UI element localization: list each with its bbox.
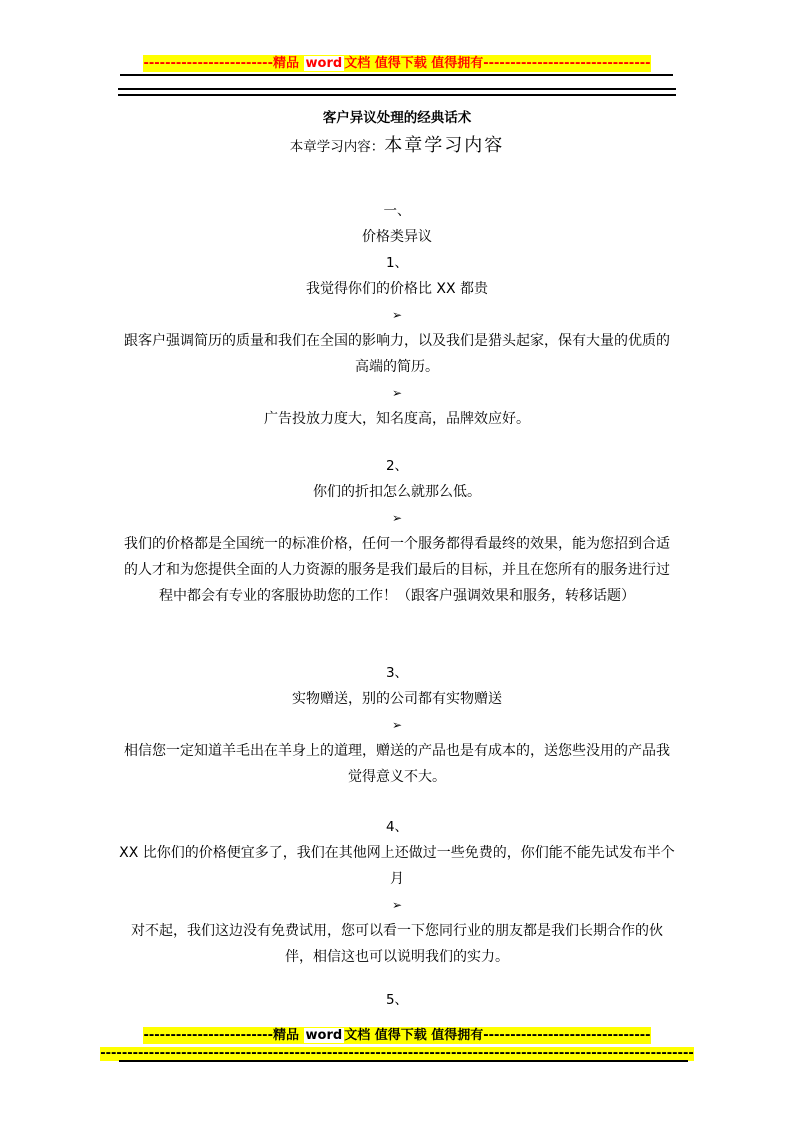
header-banner-text: ------------------------精品 word文档 值得下载 值… bbox=[143, 55, 650, 72]
bullet-marker: ➢ bbox=[118, 380, 676, 406]
header-banner: ------------------------精品 word文档 值得下载 值… bbox=[0, 52, 794, 72]
bullet-marker: ➢ bbox=[118, 712, 676, 738]
paragraph-line: 广告投放力度大，知名度高，品牌效应好。 bbox=[118, 406, 676, 432]
list-number: 2、 bbox=[118, 453, 676, 479]
paragraph-line: 高端的简历。 bbox=[118, 354, 676, 380]
banner-trail-dashes: ------------------------------- bbox=[483, 1028, 650, 1043]
paragraph-line: 伴，相信这也可以说明我们的实力。 bbox=[118, 944, 676, 970]
banner-word-segment: word bbox=[304, 1028, 345, 1043]
header-rule-single bbox=[120, 74, 673, 76]
list-number: 4、 bbox=[118, 814, 676, 840]
footer-rule bbox=[119, 1060, 688, 1062]
footer-banner: ------------------------精品 word文档 值得下载 值… bbox=[0, 1024, 794, 1044]
list-number: 3、 bbox=[118, 660, 676, 686]
subtitle-label: 本章学习内容： bbox=[290, 139, 385, 155]
paragraph-line: XX 比你们的价格便宜多了，我们在其他网上还做过一些免费的，你们能不能先试发布半… bbox=[118, 840, 676, 866]
list-number: 一、 bbox=[118, 198, 676, 224]
banner-trail-dashes: ------------------------------- bbox=[483, 56, 650, 71]
spacer bbox=[118, 790, 676, 814]
paragraph-line: 你们的折扣怎么就那么低。 bbox=[118, 479, 676, 505]
document-title: 客户异议处理的经典话术 bbox=[118, 105, 676, 131]
paragraph-line: 月 bbox=[118, 866, 676, 892]
section-subtitle: 本章学习内容：本章学习内容 bbox=[118, 131, 676, 162]
bullet-marker: ➢ bbox=[118, 892, 676, 918]
paragraph-line: 我们的价格都是全国统一的标准价格，任何一个服务都得看最终的效果，能为您招到合适 bbox=[118, 531, 676, 557]
paragraph-line: 的人才和为您提供全面的人力资源的服务是我们最后的目标，并且在您所有的服务进行过 bbox=[118, 557, 676, 583]
paragraph-line: 对不起，我们这边没有免费试用，您可以看一下您同行业的朋友都是我们长期合作的伙 bbox=[118, 918, 676, 944]
spacer bbox=[118, 970, 676, 987]
banner-rest-text: 文档 值得下载 值得拥有 bbox=[344, 1028, 483, 1043]
spacer bbox=[118, 162, 676, 198]
document-body: 客户异议处理的经典话术本章学习内容：本章学习内容一、价格类异议1、我觉得你们的价… bbox=[118, 105, 676, 1013]
banner-lead-dashes: ------------------------ bbox=[143, 1028, 273, 1043]
spacer bbox=[118, 432, 676, 453]
paragraph-line: 跟客户强调简历的质量和我们在全国的影响力，以及我们是猎头起家，保有大量的优质的 bbox=[118, 328, 676, 354]
spacer bbox=[118, 609, 676, 660]
banner-brand-text: 精品 bbox=[273, 1028, 304, 1043]
list-number: 1、 bbox=[118, 250, 676, 276]
paragraph-line: 程中都会有专业的客服协助您的工作！（跟客户强调效果和服务，转移话题） bbox=[118, 583, 676, 609]
paragraph-line: 相信您一定知道羊毛出在羊身上的道理，赠送的产品也是有成本的，送您些没用的产品我 bbox=[118, 738, 676, 764]
banner-rest-text: 文档 值得下载 值得拥有 bbox=[344, 56, 483, 71]
footer-dash-line: ----------------------------------------… bbox=[100, 1047, 694, 1061]
banner-word-segment: word bbox=[304, 56, 345, 71]
banner-lead-dashes: ------------------------ bbox=[143, 56, 273, 71]
document-page: ------------------------精品 word文档 值得下载 值… bbox=[0, 0, 794, 1123]
bullet-marker: ➢ bbox=[118, 302, 676, 328]
paragraph-line: 我觉得你们的价格比 XX 都贵 bbox=[118, 276, 676, 302]
paragraph-line: 觉得意义不大。 bbox=[118, 764, 676, 790]
banner-brand-text: 精品 bbox=[273, 56, 304, 71]
subtitle-value: 本章学习内容 bbox=[384, 135, 504, 156]
bullet-marker: ➢ bbox=[118, 505, 676, 531]
list-number: 5、 bbox=[118, 987, 676, 1013]
paragraph-line: 实物赠送，别的公司都有实物赠送 bbox=[118, 686, 676, 712]
header-rule-double bbox=[118, 88, 676, 96]
footer-banner-dash-row: ----------------------------------------… bbox=[0, 1042, 794, 1061]
paragraph-line: 价格类异议 bbox=[118, 224, 676, 250]
